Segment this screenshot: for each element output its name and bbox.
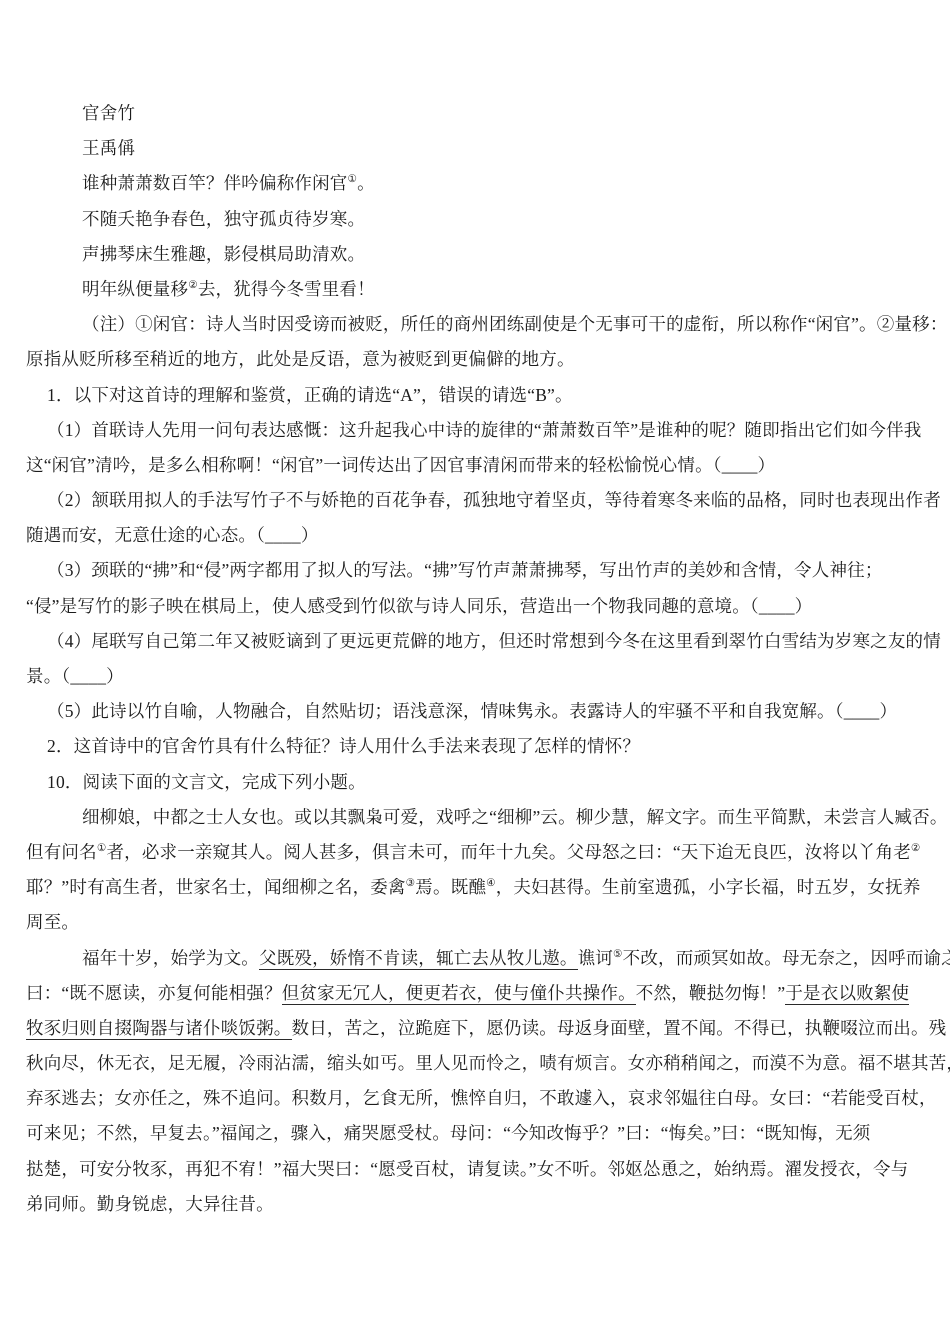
text-run: 声拂琴床生雅趣，影侵棋局助清欢。 — [82, 244, 365, 264]
passage-line: 但有问名①者，必求一亲窥其人。阅人甚多，俱言未可，而年十九矣。父母怒之曰：“天下… — [26, 835, 924, 870]
text-run: 弟同师。勤身锐虑，大异往昔。 — [26, 1194, 274, 1214]
text-run: （5）此诗以竹自喻，人物融合，自然贴切；语浅意深，情味隽永。表露诗人的牢骚不平和… — [47, 701, 897, 721]
text-run: 原指从贬所移至稍近的地方，此处是反语，意为被贬到更偏僻的地方。 — [26, 349, 575, 369]
text-run: 1．以下对这首诗的理解和鉴赏，正确的请选“A”，错误的请选“B”。 — [47, 385, 573, 405]
text-run: 。 — [357, 173, 375, 193]
text-run: 福年十岁，始学为文。 — [82, 948, 259, 968]
text-run: （3）颈联的“拂”和“侵”两字都用了拟人的写法。“拂”写竹声萧萧拂琴，写出竹声的… — [47, 560, 883, 580]
passage-line: 福年十岁，始学为文。父既殁，娇惰不肯读，辄亡去从牧儿遨。谯诃⑤不改，而顽冥如故。… — [26, 941, 924, 976]
text-run: “侵”是写竹的影子映在棋局上，使人感受到竹似欲与诗人同乐，营造出一个物我同趣的意… — [26, 596, 812, 616]
text-run: （4）尾联写自己第二年又被贬谪到了更远更荒僻的地方，但还时常想到今冬在这里看到翠… — [47, 631, 941, 651]
text-run: 不改，而顽冥如故。母无奈之，因呼而谕之 — [623, 948, 950, 968]
text-run: （注）①闲官：诗人当时因受谤而被贬，所任的商州团练副使是个无事可干的虚衔，所以称… — [82, 314, 948, 334]
text-run: （2）颔联用拟人的手法写竹子不与娇艳的百花争春，孤独地守着坚贞，等待着寒冬来临的… — [47, 490, 941, 510]
text-run: 谁种萧萧数百竿？伴吟偏称作闲官 — [82, 173, 348, 193]
text-run: 不然，鞭挞勿悔！” — [636, 983, 786, 1003]
text-run: 者，必求一亲窥其人。阅人甚多，俱言未可，而年十九矣。父母怒之曰：“天下迨无良匹，… — [106, 842, 910, 862]
text-run: 10．阅读下面的文言文，完成下列小题。 — [47, 772, 366, 792]
passage-line: 曰：“既不愿读，亦复何能相强？但贫家无冗人，便更若衣，使与僮仆共操作。不然，鞭挞… — [26, 976, 924, 1011]
text-run: 挞楚，可安分牧豕，再犯不宥！”福大哭曰：“愿受百杖，请复读。”女不听。邻妪怂恿之… — [26, 1159, 908, 1179]
passage-line: 周至。 — [26, 905, 924, 940]
poem-line: 不随夭艳争春色，独守孤贞待岁寒。 — [26, 202, 924, 237]
text-run: 谯诃 — [578, 948, 613, 968]
footnote-marker: ⑤ — [613, 949, 623, 960]
poem-line: 谁种萧萧数百竿？伴吟偏称作闲官①。 — [26, 166, 924, 201]
text-run: 王禹偁 — [82, 138, 135, 158]
footnote-marker: ① — [348, 175, 358, 186]
text-run: 细柳娘，中都之士人女也。或以其飘枭可爱，戏呼之“细柳”云。柳少慧，解文字。而生平… — [82, 807, 948, 827]
footnote-marker: ② — [188, 280, 198, 291]
footnote-marker: ① — [97, 843, 107, 854]
option-line: “侵”是写竹的影子映在棋局上，使人感受到竹似欲与诗人同乐，营造出一个物我同趣的意… — [26, 589, 924, 624]
text-run: 弃豕逃去；女亦任之，殊不追问。积数月，乞食无所，憔悴自归，不敢遽入，哀求邻媪往白… — [26, 1088, 937, 1108]
poem-line: 声拂琴床生雅趣，影侵棋局助清欢。 — [26, 237, 924, 272]
text-run: 景。（____） — [26, 666, 124, 686]
text-run: ，夫妇甚得。生前室遗孤，小字长福，时五岁，女抚养 — [496, 877, 921, 897]
text-run: 但有问名 — [26, 842, 97, 862]
text-run: 不随夭艳争春色，独守孤贞待岁寒。 — [82, 209, 365, 229]
text-run: （1）首联诗人先用一问句表达感慨：这升起我心中诗的旋律的“萧萧数百竿”是谁种的呢… — [47, 420, 921, 440]
underlined-text: 牧豕归则自掇陶器与诸仆啖饭粥。 — [26, 1018, 292, 1040]
option-line: 随遇而安，无意仕途的心态。（____） — [26, 518, 924, 553]
option-line: （5）此诗以竹自喻，人物融合，自然贴切；语浅意深，情味隽永。表露诗人的牢骚不平和… — [26, 694, 924, 729]
question-line: 2．这首诗中的官舍竹具有什么特征？诗人用什么手法来表现了怎样的情怀？ — [26, 729, 924, 764]
underlined-text: 但贫家无冗人，便更若衣，使与僮仆共操作。 — [282, 983, 636, 1005]
text-run: 数日，苦之，泣跪庭下，愿仍读。母返身面壁，置不闻。不得已，执鞭啜泣而出。残 — [292, 1018, 947, 1038]
passage-line: 可来见；不然，早复去。”福闻之，骤入，痛哭愿受杖。母问：“今知改悔乎？”曰：“悔… — [26, 1116, 924, 1151]
poem-author: 王禹偁 — [26, 131, 924, 166]
text-run: 去，犹得今冬雪里看！ — [198, 279, 375, 299]
passage-line: 牧豕归则自掇陶器与诸仆啖饭粥。数日，苦之，泣跪庭下，愿仍读。母返身面壁，置不闻。… — [26, 1011, 924, 1046]
option-line: （2）颔联用拟人的手法写竹子不与娇艳的百花争春，孤独地守着坚贞，等待着寒冬来临的… — [26, 483, 924, 518]
passage-line: 细柳娘，中都之士人女也。或以其飘枭可爱，戏呼之“细柳”云。柳少慧，解文字。而生平… — [26, 800, 924, 835]
option-line: （3）颈联的“拂”和“侵”两字都用了拟人的写法。“拂”写竹声萧萧拂琴，写出竹声的… — [26, 553, 924, 588]
passage-line: 挞楚，可安分牧豕，再犯不宥！”福大哭曰：“愿受百杖，请复读。”女不听。邻妪怂恿之… — [26, 1152, 924, 1187]
text-run: 周至。 — [26, 912, 79, 932]
text-run: 2．这首诗中的官舍竹具有什么特征？诗人用什么手法来表现了怎样的情怀？ — [47, 736, 640, 756]
document-page: 官舍竹王禹偁谁种萧萧数百竿？伴吟偏称作闲官①。不随夭艳争春色，独守孤贞待岁寒。声… — [0, 0, 950, 1344]
footnote-marker: ③ — [406, 878, 416, 889]
text-run: 官舍竹 — [82, 103, 135, 123]
option-line: 景。（____） — [26, 659, 924, 694]
option-line: （4）尾联写自己第二年又被贬谪到了更远更荒僻的地方，但还时常想到今冬在这里看到翠… — [26, 624, 924, 659]
text-run: 秋向尽，休无衣，足无履，冷雨沾濡，缩头如丐。里人见而怜之，啧有烦言。女亦稍稍闻之… — [26, 1053, 950, 1073]
text-run: 可来见；不然，早复去。”福闻之，骤入，痛哭愿受杖。母问：“今知改悔乎？”曰：“悔… — [26, 1123, 871, 1143]
option-line: 这“闲官”清吟，是多么相称啊！“闲官”一词传达出了因官事清闲而带来的轻松愉悦心情… — [26, 448, 924, 483]
footnote-marker: ④ — [486, 878, 496, 889]
question-line: 10．阅读下面的文言文，完成下列小题。 — [26, 765, 924, 800]
passage-line: 弟同师。勤身锐虑，大异往昔。 — [26, 1187, 924, 1222]
poem-line: 明年纵便量移②去，犹得今冬雪里看！ — [26, 272, 924, 307]
underlined-text: 于是衣以败絮使 — [785, 983, 909, 1005]
text-run: 焉。既醮 — [415, 877, 486, 897]
question-line: 1．以下对这首诗的理解和鉴赏，正确的请选“A”，错误的请选“B”。 — [26, 378, 924, 413]
option-line: （1）首联诗人先用一问句表达感慨：这升起我心中诗的旋律的“萧萧数百竿”是谁种的呢… — [26, 413, 924, 448]
note-line: 原指从贬所移至稍近的地方，此处是反语，意为被贬到更偏僻的地方。 — [26, 342, 924, 377]
text-run: 明年纵便量移 — [82, 279, 188, 299]
passage-line: 秋向尽，休无衣，足无履，冷雨沾濡，缩头如丐。里人见而怜之，啧有烦言。女亦稍稍闻之… — [26, 1046, 924, 1081]
text-run: 曰：“既不愿读，亦复何能相强？ — [26, 983, 282, 1003]
text-run: 耶？”时有高生者，世家名士，闻细柳之名，委禽 — [26, 877, 406, 897]
underlined-text: 父既殁，娇惰不肯读，辄亡去从牧儿遨。 — [259, 948, 578, 970]
note-line: （注）①闲官：诗人当时因受谤而被贬，所任的商州团练副使是个无事可干的虚衔，所以称… — [26, 307, 924, 342]
text-run: 这“闲官”清吟，是多么相称啊！“闲官”一词传达出了因官事清闲而带来的轻松愉悦心情… — [26, 455, 775, 475]
passage-line: 弃豕逃去；女亦任之，殊不追问。积数月，乞食无所，憔悴自归，不敢遽入，哀求邻媪往白… — [26, 1081, 924, 1116]
passage-line: 耶？”时有高生者，世家名士，闻细柳之名，委禽③焉。既醮④，夫妇甚得。生前室遗孤，… — [26, 870, 924, 905]
poem-title: 官舍竹 — [26, 96, 924, 131]
footnote-marker: ② — [911, 843, 921, 854]
text-run: 随遇而安，无意仕途的心态。（____） — [26, 525, 319, 545]
